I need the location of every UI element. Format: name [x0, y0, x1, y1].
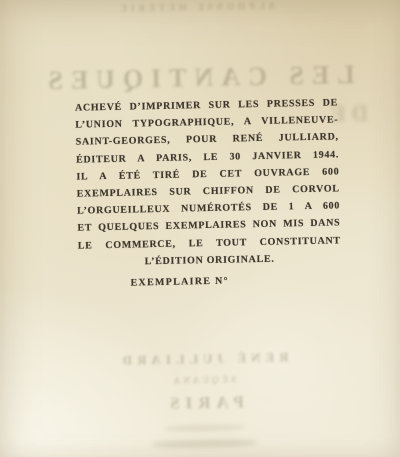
page-tilt-wrapper: ALPHONSE MÉTÉRIÉ LES CANTIQUES DE RENÉ J… — [0, 0, 400, 457]
ghost-title: LES CANTIQUES — [0, 59, 398, 97]
ghost-city-line: PARIS — [4, 389, 400, 417]
book-page-photo: ALPHONSE MÉTÉRIÉ LES CANTIQUES DE RENÉ J… — [0, 0, 400, 457]
ghost-collection-line: SÉQUANA — [3, 371, 400, 389]
ghost-smudge — [164, 425, 244, 431]
ghost-author-line: ALPHONSE MÉTÉRIÉ — [0, 0, 396, 16]
ghost-smudge — [153, 439, 257, 448]
colophon-block: ACHEVÉ D’IMPRIMER SUR LES PRESSES DE L’U… — [75, 94, 342, 292]
ghost-publisher-line: RENÉ JULLIARD — [3, 347, 400, 371]
